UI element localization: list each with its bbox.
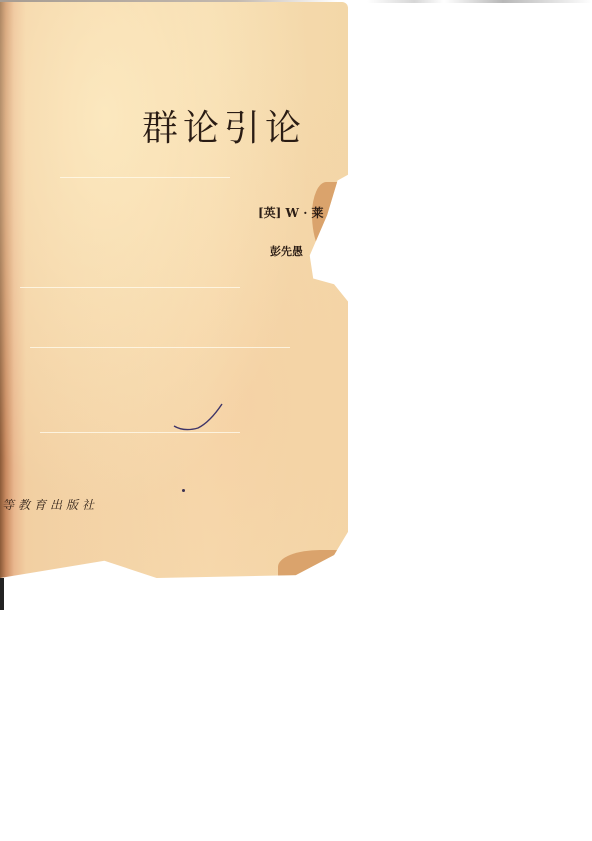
book-publisher: 等教育出版社 bbox=[2, 496, 98, 513]
ink-dot bbox=[182, 489, 185, 492]
book-title: 群论引论 bbox=[142, 100, 306, 151]
torn-corner-stain bbox=[312, 182, 348, 262]
scan-spine-edge bbox=[0, 578, 4, 610]
paper-crease bbox=[60, 177, 230, 178]
book-cover bbox=[0, 2, 348, 578]
torn-bottom-stain bbox=[278, 550, 348, 578]
book-author: [英] W · 莱 bbox=[258, 204, 324, 221]
book-translator: 彭先愚 bbox=[270, 243, 303, 259]
paper-crease bbox=[30, 347, 290, 348]
pen-mark bbox=[170, 400, 230, 440]
paper-crease bbox=[20, 287, 240, 288]
